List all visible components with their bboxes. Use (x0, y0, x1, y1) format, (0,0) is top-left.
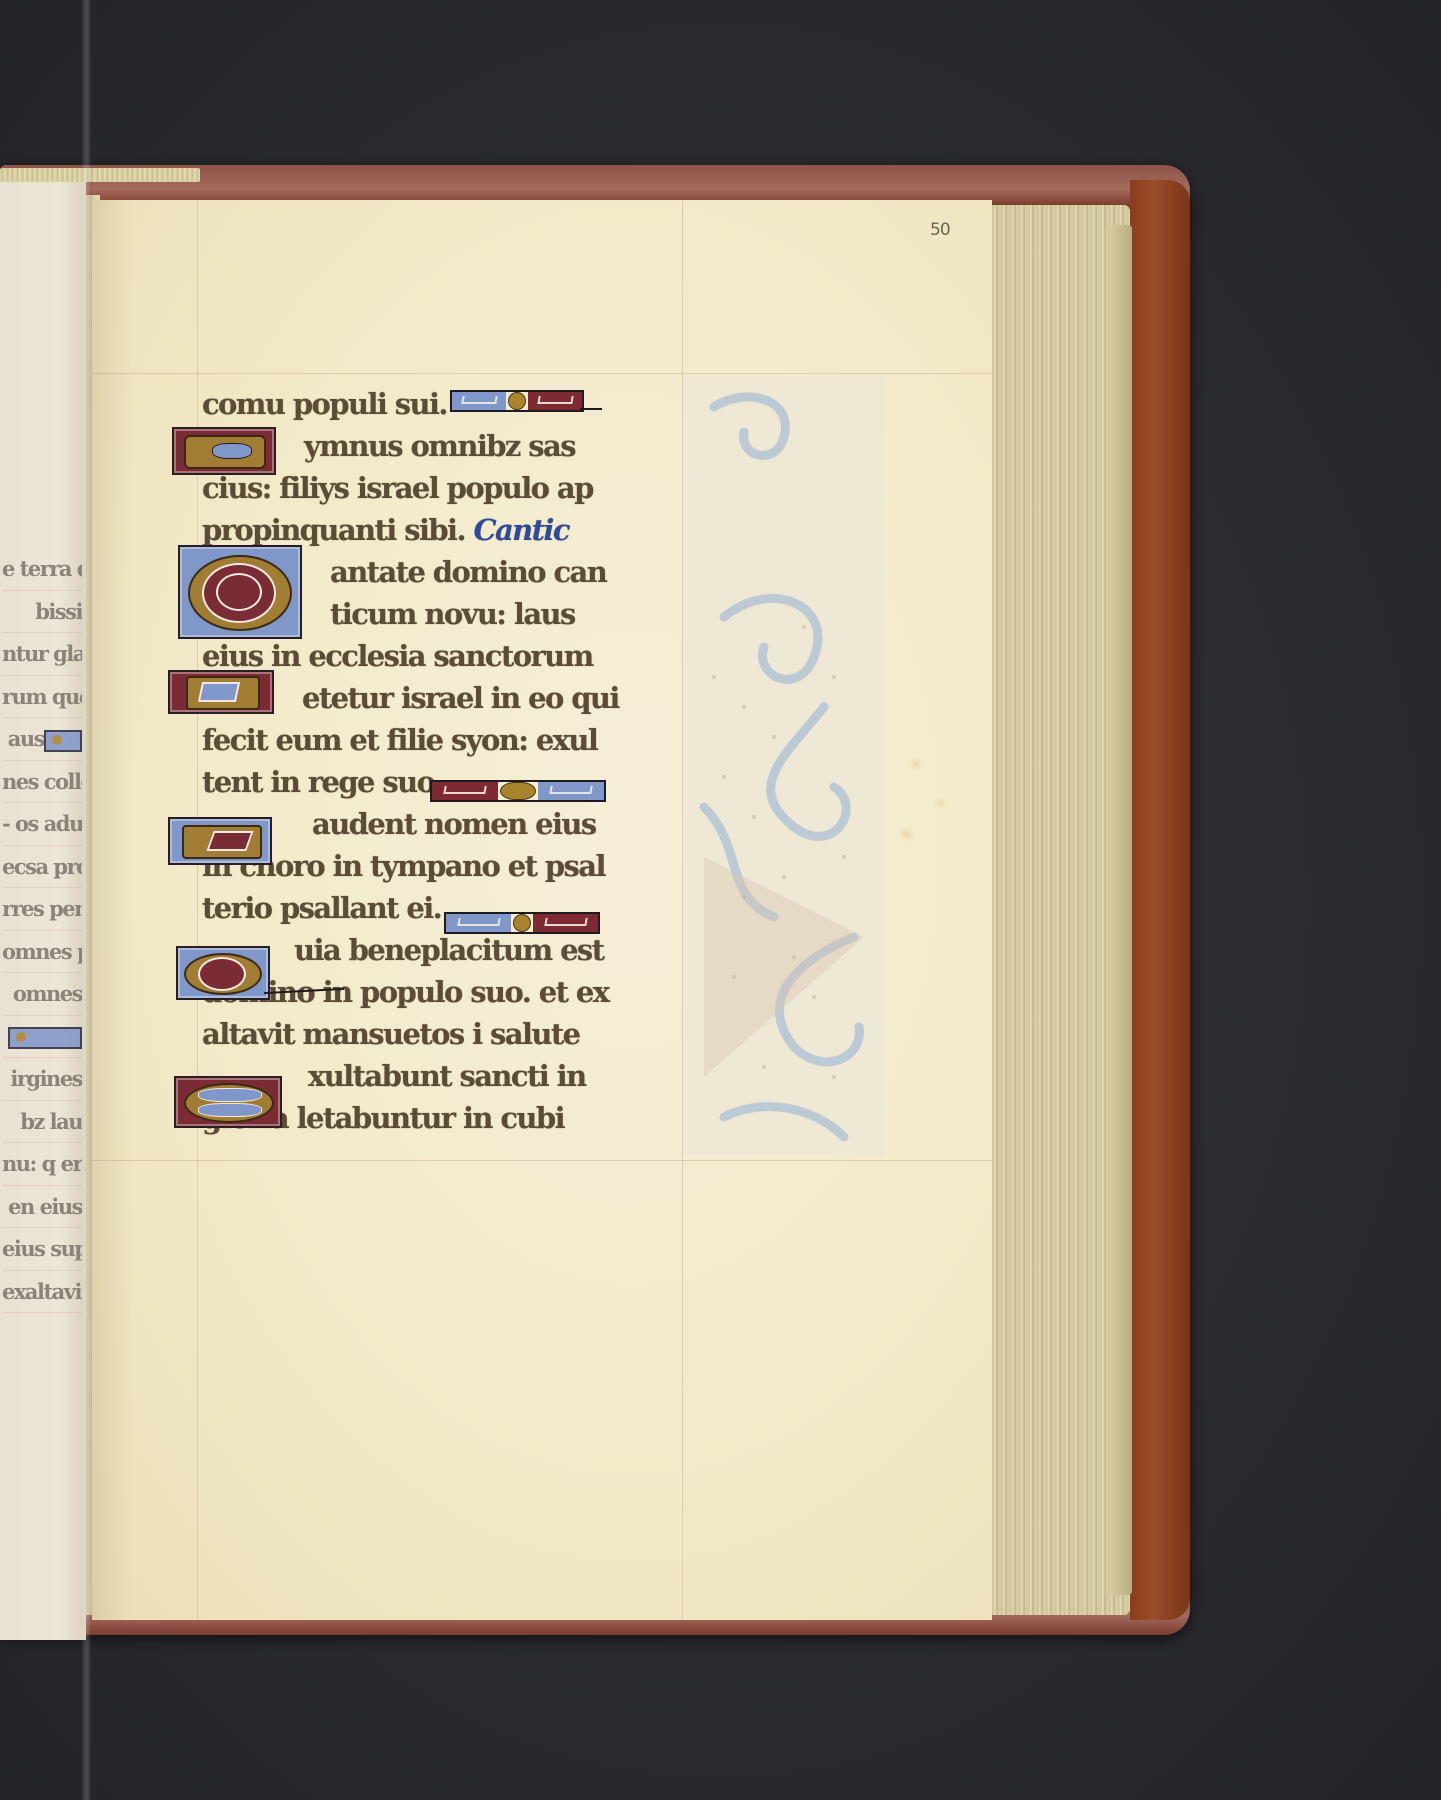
line-filler-ornament (8, 1027, 82, 1049)
verso-line: omnes p (2, 931, 82, 974)
verso-text-block: e terra dia bissi ntur glad rum que aus … (2, 548, 82, 1313)
illuminated-initial-e (174, 1076, 282, 1128)
text-line: comu populi sui. (202, 383, 694, 425)
folio-number: 50 (930, 220, 950, 240)
verso-line: rum que (2, 676, 82, 719)
text-line: altavit mansuetos i salute (202, 1013, 694, 1055)
verso-line: en eius (2, 1186, 82, 1229)
verso-line: bissi (2, 591, 82, 634)
illuminated-initial-l (168, 670, 274, 714)
line-filler-ornament (44, 730, 82, 752)
line-filler-ornament (450, 390, 584, 412)
verso-line: - os adu (2, 803, 82, 846)
verso-line: aus (2, 718, 82, 761)
text-line: in choro in tympano et psal (202, 845, 694, 887)
ruling-line-horizontal (92, 1160, 992, 1161)
text-line: etetur israel in eo qui (202, 677, 694, 719)
text-line: uia beneplacitum est (202, 929, 694, 971)
verso-page-fringe (0, 168, 200, 182)
verso-line: omnes (2, 973, 82, 1016)
text-line: audent nomen eius (202, 803, 694, 845)
illuminated-initial-c (178, 545, 302, 639)
rubric-heading: Cantic (473, 513, 568, 547)
glass-plate-edge (82, 0, 92, 1800)
verso-line: bz lau (2, 1101, 82, 1144)
illuminated-initial-h (172, 427, 276, 475)
gold-stain (937, 800, 944, 807)
acanthus-scroll-icon (684, 377, 884, 1155)
gold-stain (912, 760, 920, 768)
verso-line: eius sup (2, 1228, 82, 1271)
fore-edge-page-stack (990, 205, 1130, 1615)
illuminated-initial-l (168, 817, 272, 865)
verso-line: exaltavit (2, 1271, 82, 1314)
verso-line: nes colles (2, 761, 82, 804)
recto-page: 50 com (92, 200, 992, 1620)
verso-line: ntur glad (2, 633, 82, 676)
binding-fore-edge (1130, 180, 1190, 1620)
verso-line-text: aus (8, 726, 44, 751)
ruling-line-vertical (197, 200, 198, 1620)
verso-line: nu: q er (2, 1143, 82, 1186)
page-stack-shadow (1110, 225, 1132, 1595)
verso-line: rres penan (2, 888, 82, 931)
main-text-block: comu populi sui. ymnus omnibz sas cius: … (202, 383, 694, 1139)
verso-line: irgines (2, 1058, 82, 1101)
line-filler-ornament (430, 780, 606, 802)
text-line: fecit eum et filie syon: exul (202, 719, 694, 761)
verso-page: e terra dia bissi ntur glad rum que aus … (0, 170, 86, 1640)
line-filler-tail (580, 408, 602, 410)
gold-stain (902, 830, 911, 839)
verso-line (2, 1016, 82, 1059)
verso-line: e terra dia (2, 548, 82, 591)
decorative-border-panel (684, 377, 884, 1155)
illuminated-initial-q (176, 946, 270, 1000)
text-line-content: propinquanti sibi. (202, 513, 465, 547)
line-filler-ornament (444, 912, 600, 934)
verso-line: ecsa pro (2, 846, 82, 889)
text-line: eius in ecclesia sanctorum (202, 635, 694, 677)
ruling-line-horizontal (92, 373, 992, 374)
